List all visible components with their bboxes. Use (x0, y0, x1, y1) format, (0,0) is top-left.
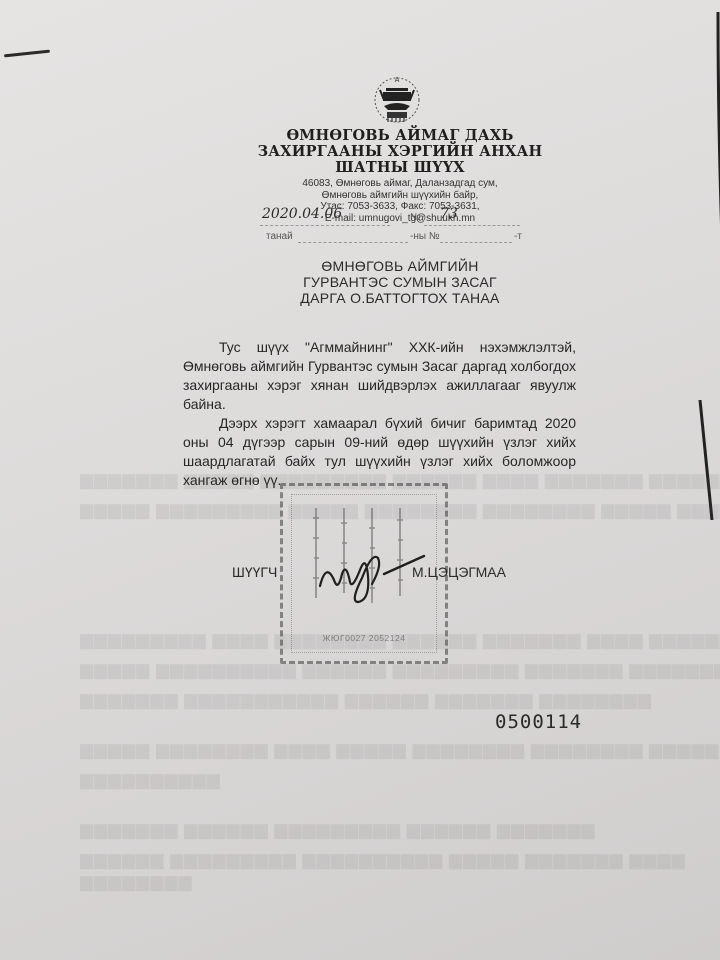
your-label: танай (266, 231, 293, 242)
pen-mark (4, 50, 50, 58)
handwritten-number: 73 (440, 206, 458, 222)
addressee-line: ДАРГА О.БАТТОГТОХ ТАНАА (230, 290, 570, 306)
bleed-through: ▆▆▆▆▆▆▆▆ (80, 872, 720, 892)
court-name-line: ЗАХИРГААНЫ ХЭРГИЙН АНХАН (250, 144, 550, 160)
addressee-line: ГУРВАНТЭС СУМЫН ЗАСАГ (230, 274, 570, 290)
bleed-through: ▆▆▆▆▆▆▆▆▆▆ (80, 770, 720, 790)
your-number-label: -ны № (410, 231, 440, 242)
bleed-through: ▆▆▆▆▆▆ ▆▆▆▆▆▆▆▆▆ ▆▆▆▆▆▆▆▆▆▆ ▆▆▆▆▆ ▆▆▆▆▆▆… (80, 850, 720, 870)
letter-body: Тус шүүх "Агммайнинг" ХХК-ийн нэхэмжлэлт… (183, 338, 576, 490)
body-paragraph: Тус шүүх "Агммайнинг" ХХК-ийн нэхэмжлэлт… (183, 338, 576, 414)
your-date-underline (298, 241, 408, 243)
address-line: 46083, Өмнөговь аймаг, Даланзадгад сум, (250, 178, 550, 190)
body-paragraph: Дээрх хэрэгт хамаарал бүхий бичиг баримт… (183, 414, 576, 490)
signer-title: ШҮҮГЧ (232, 564, 277, 580)
court-name-line: ӨМНӨГОВЬ АЙМАГ ДАХЬ (250, 128, 550, 144)
your-number-underline (440, 241, 512, 243)
stamp-code: ЖЮГ0027 2052124 (283, 633, 445, 643)
serial-number: 0500114 (495, 711, 582, 733)
bleed-through: ▆▆▆▆▆▆▆ ▆▆▆▆▆▆▆▆▆▆▆ ▆▆▆▆▆▆ ▆▆▆▆▆▆▆ ▆▆▆▆▆… (80, 690, 720, 710)
page-edge-line (680, 0, 720, 420)
date-underline (260, 224, 390, 226)
bleed-through: ▆▆▆▆▆▆▆ ▆▆▆▆▆▆ ▆▆▆▆▆▆▆▆▆ ▆▆▆▆▆▆ ▆▆▆▆▆▆▆ (80, 820, 720, 840)
court-name-line: ШАТНЫ ШҮҮХ (250, 160, 550, 176)
suffix-label: -т (514, 231, 522, 242)
signer-name: М.ЦЭЦЭГМАА (412, 564, 506, 580)
bleed-through: ▆▆▆▆▆ ▆▆▆▆▆▆▆▆ ▆▆▆▆ ▆▆▆▆▆ ▆▆▆▆▆▆▆▆ ▆▆▆▆▆… (80, 740, 720, 760)
reference-block: 2020.04.06 № 73 танай -ны № -т (260, 209, 520, 229)
addressee-line: ӨМНӨГОВЬ АЙМГИЙН (230, 258, 570, 274)
state-emblem-icon: A (372, 70, 422, 128)
court-name: ӨМНӨГОВЬ АЙМАГ ДАХЬ ЗАХИРГААНЫ ХЭРГИЙН А… (250, 128, 550, 176)
document-page: ▆▆▆▆▆▆▆ ▆▆▆▆▆ ▆▆▆▆▆▆▆▆▆ ▆▆▆▆▆▆ ▆▆▆▆ ▆▆▆▆… (0, 0, 720, 960)
handwritten-date: 2020.04.06 (262, 206, 342, 222)
address-line: Өмнөговь аймгийн шүүхийн байр, (250, 190, 550, 202)
number-label: № (410, 212, 421, 223)
svg-text:A: A (395, 76, 400, 84)
number-underline (424, 224, 520, 226)
handwritten-signature (316, 540, 426, 610)
addressee: ӨМНӨГОВЬ АЙМГИЙН ГУРВАНТЭС СУМЫН ЗАСАГ Д… (230, 258, 570, 306)
